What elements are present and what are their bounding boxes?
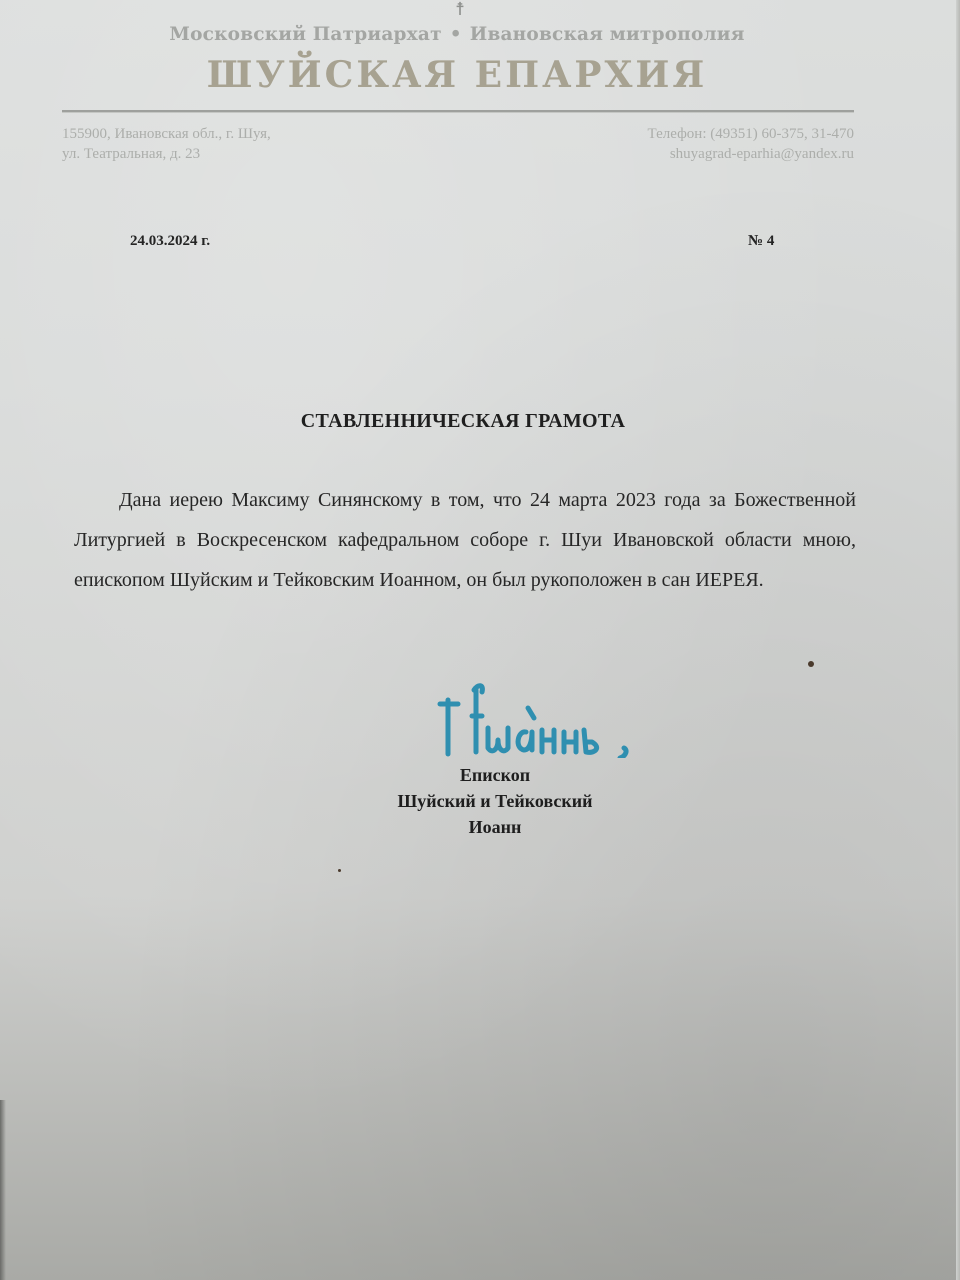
document-number: № 4 xyxy=(748,233,774,250)
phone-line: Телефон: (49351) 60-375, 31-470 xyxy=(648,124,854,144)
page-edge xyxy=(956,0,960,1280)
address-line-1: 155900, Ивановская обл., г. Шуя, xyxy=(62,124,271,144)
separator-dot: • xyxy=(450,24,462,45)
document-title: СТАВЛЕННИЧЕСКАЯ ГРАМОТА xyxy=(0,410,926,433)
signatory-title: Епископ xyxy=(330,762,660,788)
address-block: 155900, Ивановская обл., г. Шуя, ул. Теа… xyxy=(62,124,271,164)
letterhead-subtitle: Московский Патриархат•Ивановская митропо… xyxy=(0,24,914,45)
handwritten-signature xyxy=(434,678,644,758)
document-sheet: ☨ Московский Патриархат•Ивановская митро… xyxy=(0,0,960,1280)
contact-block: Телефон: (49351) 60-375, 31-470 shuyagra… xyxy=(648,124,854,164)
signatory-name: Иоанн xyxy=(330,814,660,840)
document-date: 24.03.2024 г. xyxy=(130,233,210,250)
paper-speck xyxy=(338,869,341,872)
cross-icon: ☨ xyxy=(453,0,467,18)
signatory-see: Шуйский и Тейковский xyxy=(330,788,660,814)
document-body: Дана иерею Максиму Синянскому в том, что… xyxy=(74,480,856,600)
address-line-2: ул. Театральная, д. 23 xyxy=(62,144,271,164)
page-shadow xyxy=(0,1100,6,1280)
letterhead-divider xyxy=(62,110,854,113)
paper-speck xyxy=(808,661,814,667)
patriarchate-label: Московский Патриархат xyxy=(169,24,441,45)
email-line: shuyagrad-eparhia@yandex.ru xyxy=(648,144,854,164)
signatory-block: Епископ Шуйский и Тейковский Иоанн xyxy=(330,762,660,840)
metropolis-label: Ивановская митрополия xyxy=(470,24,745,45)
diocese-title: ШУЙСКАЯ ЕПАРХИЯ xyxy=(0,52,914,98)
